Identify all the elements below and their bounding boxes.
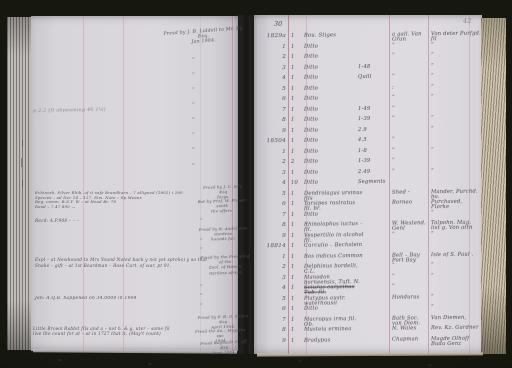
handwritten-note: Bot by Prof. W. Flower smith the offers. — [197, 197, 248, 214]
register-cell-loc: Chapman — [392, 337, 429, 342]
register-cell-name: Ditto — [304, 44, 364, 50]
register-cell-no: 5 — [254, 87, 286, 92]
ditto-mark: ” — [192, 117, 195, 123]
register-cell-src: ” — [431, 126, 481, 131]
register-cell-mid: 4.5 — [358, 138, 367, 143]
handwritten-note: Presd by R. Andersons Gardens hounds fur… — [197, 225, 250, 242]
register-cell-name: Ditto — [304, 75, 364, 81]
register-cell-src: ” — [431, 305, 481, 310]
fore-edge-page-stack — [481, 18, 506, 354]
register-cell-no: 2 — [254, 265, 286, 270]
register-cell-mid: 1-39 — [358, 117, 371, 122]
ditto-mark: ” — [192, 147, 195, 153]
register-cell-name: Ditto — [304, 117, 364, 123]
ditto-mark: ” — [200, 284, 203, 290]
handwritten-note: Recd: A.P.908 – – – — [35, 218, 79, 223]
ditto-mark: ” — [192, 57, 195, 63]
register-cell-ct: 1 — [291, 128, 295, 133]
register-cell-name: Ditto — [304, 149, 364, 155]
register-cell-src: ” — [431, 231, 481, 236]
register-cell-ct: 1 — [291, 76, 295, 81]
register-cell-no: 6 — [254, 307, 286, 312]
register-cell-mid: Segments — [358, 180, 386, 185]
register-cell-no: 4 — [254, 286, 286, 291]
register-cell-loc: ” — [392, 137, 429, 142]
register-cell-loc: ” — [392, 95, 429, 100]
register-cell-loc: Bath Soc. van Diem. — [392, 316, 429, 326]
register-cell-ct: 1 — [291, 107, 295, 112]
register-cell-src: ” — [431, 116, 481, 121]
register-cell-ct: 1 — [291, 223, 295, 228]
register-cell-mid: 2.49 — [358, 169, 370, 174]
register-cell-mid: 1-8 — [358, 149, 367, 154]
register-cell-no: 1 — [254, 255, 286, 260]
register-cell-ct: 1 — [291, 328, 295, 333]
register-cell-ct: 1 — [291, 338, 295, 343]
register-cell-src: Magde Olhoff Buda Genz — [431, 336, 481, 346]
register-cell-no: 3 — [254, 66, 286, 71]
register-cell-name: Ditto — [304, 107, 364, 113]
register-cell-ct: 1 — [291, 118, 295, 123]
register-cell-src: Isle of S. Paul . — [431, 252, 481, 257]
register-cell-src: ” — [431, 84, 481, 89]
register-cell-src: ” — [431, 294, 481, 299]
register-cell-src: ” — [431, 63, 481, 68]
register-cell-src: Van Diemen, — [431, 315, 481, 320]
ditto-mark: ” — [200, 247, 203, 253]
register-cell-ct: 1 — [291, 86, 295, 91]
register-cell-src: ” — [431, 74, 481, 79]
handwritten-note: Expl – at Newhound to Mrs Yound Noted ba… — [35, 257, 207, 268]
register-cell-src: Von deter Purfgd. fil — [431, 32, 481, 42]
register-cell-src: ” — [431, 42, 481, 47]
register-cell-ct: 1 — [291, 254, 295, 259]
register-cell-no: 1829a — [254, 34, 286, 39]
register-cell-no: 5 — [254, 297, 286, 302]
register-cell-ct: 1 — [291, 202, 295, 207]
register-cell-no: 2 — [254, 55, 286, 60]
register-cell-mid: 1-39 — [358, 159, 371, 164]
register-cell-name: Tarsipes rostratus fil. br. — [304, 201, 364, 211]
register-cell-src: ” — [431, 210, 481, 215]
photo-stage: 30 42 Presd by J. B. Liddell to Mr. By E… — [0, 0, 512, 368]
register-cell-loc: Bell – Bay Port Bay — [392, 253, 429, 263]
register-cell-loc: ” — [392, 148, 429, 153]
ditto-mark: ” — [200, 303, 203, 309]
register-cell-src: ” — [431, 53, 481, 58]
register-cell-ct: 10 — [291, 181, 298, 186]
register-cell-ct: 2 — [291, 160, 295, 165]
register-cell-no: 8 — [254, 118, 286, 123]
register-cell-ct: 1 — [291, 65, 295, 70]
register-cell-ct: 1 — [291, 34, 295, 39]
register-cell-src: Talpohn. Mag. list g. Von attn — [431, 221, 481, 231]
register-cell-name: Ditto — [304, 306, 364, 312]
corner-folio-number: 42 — [463, 17, 471, 25]
ditto-mark: ” — [192, 87, 195, 93]
table-surface — [0, 352, 512, 368]
ditto-mark: ” — [192, 132, 195, 138]
register-cell-no: 7 — [254, 108, 286, 113]
register-cell-src: Rev. Kz. Gardner — [431, 326, 481, 331]
register-cell-loc: : — [392, 85, 429, 90]
register-cell-mid: 1-48 — [358, 64, 371, 69]
register-cell-ct: 1 — [291, 97, 295, 102]
register-cell-name: Macropus irma fil. Ob. — [304, 317, 364, 327]
register-cell-name: Ditto — [304, 128, 364, 134]
register-cell-ct: 1 — [291, 149, 295, 154]
register-cell-ct: 1 — [291, 233, 295, 238]
register-cell-ct: 1 — [291, 275, 295, 280]
register-cell-name: Ditto — [304, 96, 364, 102]
register-cell-no: 6 — [254, 202, 286, 207]
register-cell-ct: 1 — [291, 286, 295, 291]
register-cell-loc: ” — [392, 43, 429, 48]
register-cell-name: Bradypus — [304, 338, 364, 344]
register-cell-name: Curculio – Bechstein — [304, 243, 364, 249]
register-cell-loc: Honduras — [392, 295, 429, 300]
register-cell-src: Purchased, Florke — [431, 200, 481, 210]
register-cell-loc: Borneo — [392, 200, 429, 205]
register-cell-no: 9 — [254, 339, 286, 344]
register-cell-no: 1 — [254, 45, 286, 50]
ditto-mark: ” — [200, 218, 203, 224]
ditto-mark: ” — [200, 293, 203, 299]
edge-mark — [22, 180, 23, 187]
register-cell-name: Ditto — [304, 180, 364, 186]
register-cell-name: Ditto — [304, 159, 364, 165]
register-cell-ct: 1 — [291, 317, 295, 322]
register-cell-mid: 2.9 — [358, 128, 367, 133]
register-cell-loc: ” — [392, 263, 429, 268]
ditto-mark: ” — [192, 102, 195, 108]
register-cell-no: 18504 — [254, 139, 286, 144]
register-cell-name: Mustela erminea — [304, 327, 364, 333]
register-cell-ct: 1 — [291, 307, 295, 312]
handwritten-note: Jan: A.Q.B. happened on 34.0000 in 1904 — [35, 296, 137, 301]
register-cell-src: ” — [431, 95, 481, 100]
register-cell-loc: ” — [392, 53, 429, 58]
ditto-mark: ” — [192, 72, 195, 78]
register-cell-loc: ” — [392, 169, 429, 174]
register-cell-loc: a gall. Van Grun — [392, 32, 429, 42]
register-cell-no: 2 — [254, 160, 286, 165]
register-cell-no: 8 — [254, 328, 286, 333]
register-cell-no: 3 — [254, 171, 286, 176]
register-cell-name: Sciurus curycinus Tub. fil. — [304, 285, 364, 295]
register-cell-ct: 1 — [291, 139, 295, 144]
register-cell-loc: W. Westend. Genl — [392, 221, 429, 231]
register-cell-ct: 1 — [291, 212, 295, 217]
register-cell-name: Platypus austr. waterhousii — [304, 296, 364, 306]
register-cell-name: Ditto — [304, 65, 364, 71]
register-cell-name: Manodon borneensis, Tuft. N. — [304, 275, 364, 285]
register-cell-no: 8 — [254, 223, 286, 228]
register-cell-loc: ” — [392, 74, 429, 79]
register-cell-ct: 1 — [291, 44, 295, 49]
register-cell-src: ” — [431, 263, 481, 268]
ditto-mark: ” — [200, 238, 203, 244]
handwritten-note: Echinorh. Silver Rhib. of it safe Brandh… — [35, 191, 183, 209]
register-cell-src: Mander, Purchd. bo. — [431, 189, 481, 199]
ditto-mark: ” — [192, 163, 195, 169]
register-cell-no: 9 — [254, 129, 286, 134]
register-cell-ct: 1 — [291, 296, 295, 301]
register-cell-no: 4 — [254, 181, 286, 186]
register-cell-loc: ” — [392, 106, 429, 111]
register-cell-no: 3 — [254, 276, 286, 281]
register-cell-no: 5 — [254, 192, 286, 197]
register-cell-name: Ditto — [304, 86, 364, 92]
register-cell-mid: 1-49 — [358, 106, 371, 111]
register-cell-name: Dendrolagus ursinus fils — [304, 191, 364, 201]
handwritten-note: Presd Regnault G. off. Esq June 1904. — [199, 338, 250, 356]
bound-page-edges-left — [7, 17, 32, 350]
register-cell-no: 7 — [254, 318, 286, 323]
register-cell-loc: ” — [392, 116, 429, 121]
register-cell-src: ” — [431, 168, 481, 173]
register-cell-mid: Quill — [358, 75, 372, 80]
register-cell-no: 7 — [254, 213, 286, 218]
register-cell-no: 18814 — [254, 244, 286, 249]
handwritten-note: Presd by the Presiding of the Zool. of H… — [199, 253, 252, 276]
register-cell-no: 4 — [254, 76, 286, 81]
register-cell-name: Rhinolophus luctus – fil. — [304, 222, 364, 232]
edge-mark — [22, 140, 23, 146]
register-cell-name: Ditto — [304, 212, 364, 218]
register-cell-name: Ditto — [304, 138, 364, 144]
register-cell-no: 6 — [254, 97, 286, 102]
register-cell-name: Ditto — [304, 170, 364, 176]
register-cell-name: Delphinus bordelli, C.L. — [304, 264, 364, 274]
register-cell-loc: ” — [392, 274, 429, 279]
register-cell-loc: N. Wales — [392, 326, 429, 331]
register-cell-no: 9 — [254, 234, 286, 239]
register-cell-loc: ” — [392, 284, 429, 289]
register-cell-loc: Shed - — [392, 190, 429, 195]
register-cell-no: 1 — [254, 150, 286, 155]
register-cell-loc: ” — [392, 232, 429, 237]
register-cell-ct: 1 — [291, 244, 295, 249]
register-cell-src: ” — [431, 273, 481, 278]
page-number: 30 — [274, 20, 282, 28]
register-row: 91BradypusChapmanMagde Olhoff Buda Genz — [254, 336, 482, 349]
register-cell-name: Ditto — [304, 54, 364, 60]
register-cell-ct: 1 — [291, 265, 295, 270]
handwritten-note: Little Brown Rabbit fils and a – not h. … — [33, 326, 170, 336]
register-cell-name: Bou. Stiges — [304, 33, 364, 39]
register-cell-src: ” — [431, 147, 481, 152]
register-cell-ct: 1 — [291, 191, 295, 196]
register-cell-loc: ” — [392, 158, 429, 163]
register-cell-ct: 1 — [291, 55, 295, 60]
edge-mark — [21, 158, 22, 167]
register-cell-name: Bos indicus Common — [304, 254, 364, 260]
register-cell-ct: 1 — [291, 170, 295, 175]
